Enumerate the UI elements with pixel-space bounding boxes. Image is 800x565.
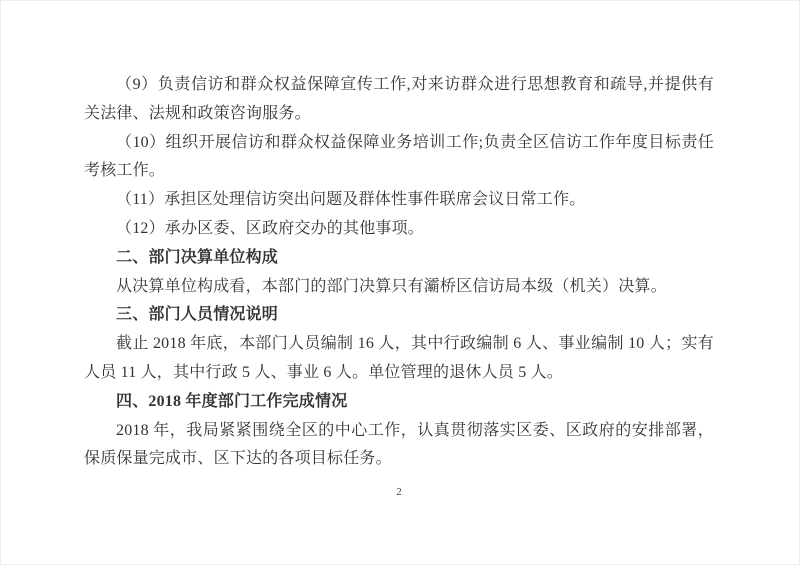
page-footer: 2 xyxy=(84,483,714,501)
section-heading-3: 三、部门人员情况说明 xyxy=(84,301,714,330)
paragraph-budget-units: 从决算单位构成看，本部门的部门决算只有灞桥区信访局本级（机关）决算。 xyxy=(84,273,714,302)
paragraph-work-completion: 2018 年，我局紧紧围绕全区的中心工作，认真贯彻落实区委、区政府的安排部署，保… xyxy=(84,417,714,475)
paragraph-duty-12: （12）承办区委、区政府交办的其他事项。 xyxy=(84,215,714,244)
document-content: （9）负责信访和群众权益保障宣传工作,对来访群众进行思想教育和疏导,并提供有关法… xyxy=(84,71,714,474)
paragraph-duty-10: （10）组织开展信访和群众权益保障业务培训工作;负责全区信访工作年度目标责任考核… xyxy=(84,129,714,187)
paragraph-duty-9: （9）负责信访和群众权益保障宣传工作,对来访群众进行思想教育和疏导,并提供有关法… xyxy=(84,71,714,129)
section-heading-4: 四、2018 年度部门工作完成情况 xyxy=(84,388,714,417)
page-number: 2 xyxy=(396,486,402,498)
paragraph-staffing: 截止 2018 年底，本部门人员编制 16 人，其中行政编制 6 人、事业编制 … xyxy=(84,330,714,388)
section-heading-2: 二、部门决算单位构成 xyxy=(84,244,714,273)
document-page: （9）负责信访和群众权益保障宣传工作,对来访群众进行思想教育和疏导,并提供有关法… xyxy=(0,0,800,565)
paragraph-duty-11: （11）承担区处理信访突出问题及群体性事件联席会议日常工作。 xyxy=(84,186,714,215)
